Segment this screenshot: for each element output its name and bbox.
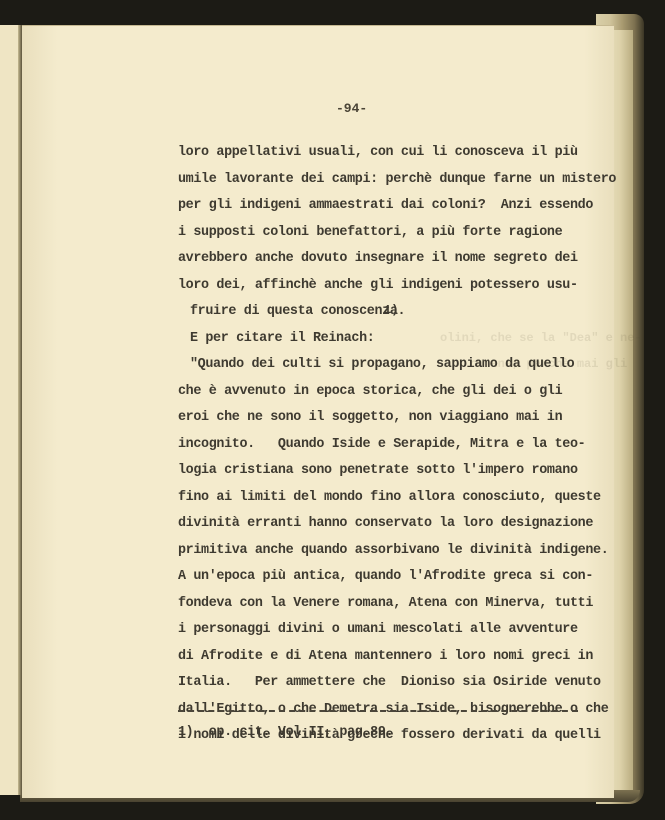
footnote-separator-rule [178,710,578,712]
text-line: i supposti coloni benefattori, a più for… [178,220,598,247]
text-line: incognito. Quando Iside e Serapide, Mitr… [178,432,598,459]
text-line: loro dei, affinchè anche gli indigeni po… [178,273,598,300]
text-line: E per citare il Reinach: [178,326,598,353]
text-line: fondeva con la Venere romana, Atena con … [178,591,598,618]
text-line: per gli indigeni ammaestrati dai coloni?… [178,193,598,220]
text-line: loro appellativi usuali, con cui li cono… [178,140,598,167]
text-line: avrebbero anche dovuto insegnare il nome… [178,246,598,273]
text-line: di Afrodite e di Atena mantennero i loro… [178,644,598,671]
page-number: -94- [336,101,367,116]
text-line: fino ai limiti del mondo fino allora con… [178,485,598,512]
footnote-reference-marker: 1) [384,303,398,317]
text-line: divinità erranti hanno conservato la lor… [178,511,598,538]
text-line: A un'epoca più antica, quando l'Afrodite… [178,564,598,591]
text-line: i personaggi divini o umani mescolati al… [178,617,598,644]
footnote: 1) op. cit. Vol.II, pag.89. [178,725,393,740]
text-line: Italia. Per ammettere che Dioniso sia Os… [178,670,598,697]
text-line: logia cristiana sono penetrate sotto l'i… [178,458,598,485]
text-line: primitiva anche quando assorbivano le di… [178,538,598,565]
quote-start-line: "Quando dei culti si propagano, sappiamo… [178,352,598,379]
body-text: loro appellativi usuali, con cui li cono… [178,140,598,750]
text-line: eroi che ne sono il soggetto, non viaggi… [178,405,598,432]
text-line: che è avvenuto in epoca storica, che gli… [178,379,598,406]
text-line: umile lavorante dei campi: perchè dunque… [178,167,598,194]
